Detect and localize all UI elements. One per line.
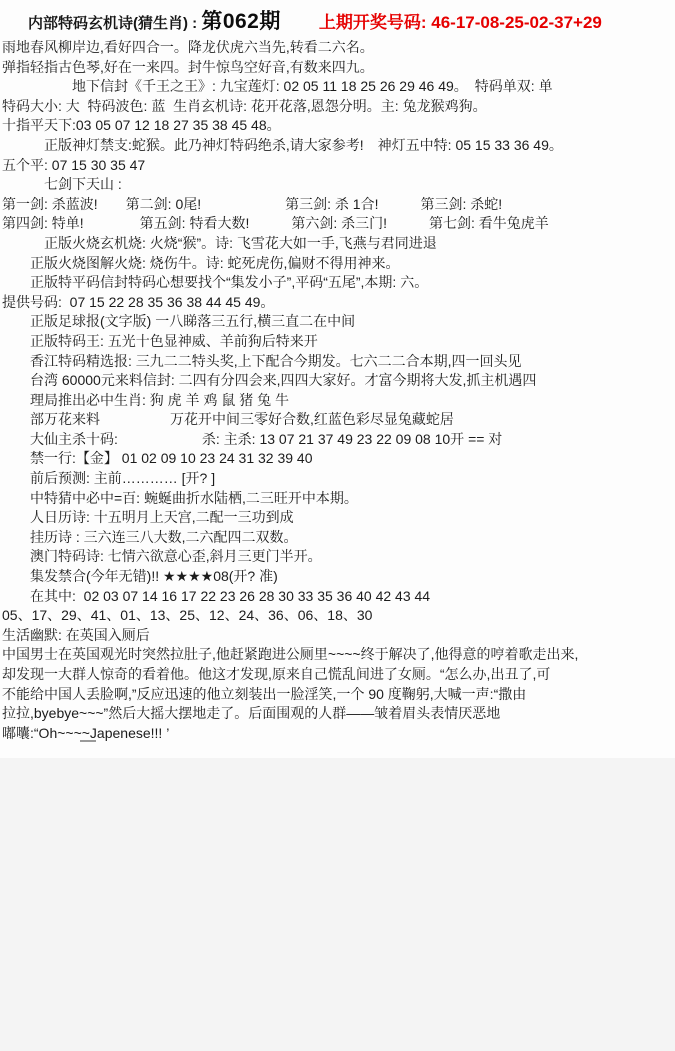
text-line: 部万花来料 万花开中间三零好合数,红蓝色彩尽显兔藏蛇居 (0, 410, 675, 430)
text-line: 提供号码: 07 15 22 28 35 36 38 44 45 49。 (0, 293, 675, 313)
page-header: 内部特码玄机诗(猜生肖) : 第062期 上期开奖号码: 46-17-08-25… (0, 0, 675, 37)
text-line: 拉拉,byebye~~~”然后大摇大摆地走了。后面围观的人群——皱着眉头表情厌恶… (0, 704, 675, 724)
text-line: 第四剑: 特单! 第五剑: 特看大数! 第六剑: 杀三门! 第七剑: 看牛兔虎羊 (0, 214, 675, 234)
text-line: 特码大小: 大 特码波色: 蓝 生肖玄机诗: 花开花落,恩怨分明。主: 兔龙猴鸡… (0, 97, 675, 117)
text-line: 生活幽默: 在英国入厕后 (0, 626, 675, 646)
page-title: 内部特码玄机诗(猜生肖) : (28, 12, 201, 33)
last-draw-numbers: 上期开奖号码: 46-17-08-25-02-37+29 (319, 8, 602, 33)
text-line: 大仙主杀十码: 杀: 主杀: 13 07 21 37 49 23 22 09 0… (0, 430, 675, 450)
text-line: 正版火烧图解火烧: 烧伤牛。诗: 蛇死虎伤,偏财不得用神来。 (0, 254, 675, 274)
text-line: 雨地春风柳岸边,看好四合一。降龙伏虎六当先,转看二六名。 (0, 38, 675, 58)
text-line: 正版特平码信封特码心想要找个“集发小子”,平码“五尾”,本期: 六。 (0, 273, 675, 293)
text-line: 正版神灯禁支:蛇猴。此乃神灯特码绝杀,请大家参考! 神灯五中特: 05 15 3… (0, 136, 675, 156)
text-line: 澳门特码诗: 七情六欲意心歪,斜月三更门半开。 (0, 547, 675, 567)
text-line: 正版火烧玄机烧: 火烧“猴”。诗: 飞雪花大如一手,飞燕与君同进退 (0, 234, 675, 254)
text-line: 在其中: 02 03 07 14 16 17 22 23 26 28 30 33… (0, 587, 675, 607)
text-line: 香江特码精选报: 三九二二特头奖,上下配合今期发。七六二二合本期,四一回头见 (0, 352, 675, 372)
underline-artifact (80, 740, 96, 742)
text-line: 弹指轻指古色琴,好在一来四。封牛惊鸟空好音,有数来四九。 (0, 58, 675, 78)
text-line: 挂历诗 : 三六连三八大数,二六配四二双数。 (0, 528, 675, 548)
text-line: 第一剑: 杀蓝波! 第二剑: 0尾! 第三剑: 杀 1合! 第三剑: 杀蛇! (0, 195, 675, 215)
issue-number: 第062期 (201, 5, 281, 35)
blank-area (0, 758, 675, 1051)
text-line: 正版足球报(文字版) 一八睇落三五行,横三直二在中间 (0, 312, 675, 332)
text-line: 中国男士在英国观光时突然拉肚子,他赶紧跑进公厕里~~~~终于解决了,他得意的哼着… (0, 645, 675, 665)
text-line: 却发现一大群人惊奇的看着他。他这才发现,原来自己慌乱间进了女厕。“怎么办,出丑了… (0, 665, 675, 685)
text-line: 正版特码王: 五光十色显神威、羊前狗后特来开 (0, 332, 675, 352)
text-line: 嘟囔:“Oh~~~~Japenese!!! ’ (0, 724, 675, 744)
text-line: 台湾 60000元来料信封: 二四有分四会来,四四大家好。才富今期将大发,抓主机… (0, 371, 675, 391)
text-line: 五个平: 07 15 30 35 47 (0, 156, 675, 176)
text-line: 不能给中国人丢脸啊,”反应迅速的他立刻装出一脸淫笑,一个 90 度鞠躬,大喊一声… (0, 685, 675, 705)
text-line: 禁一行:【金】 01 02 09 10 23 24 31 32 39 40 (0, 449, 675, 469)
text-line: 前后预测: 主前………… [开? ] (0, 469, 675, 489)
text-line: 中特猜中必中=百: 蜿蜒曲折水陆栖,二三旺开中本期。 (0, 489, 675, 509)
text-line: 人日历诗: 十五明月上天宫,二配一三功到成 (0, 508, 675, 528)
text-line: 05、17、29、41、01、13、25、12、24、36、06、18、30 (0, 606, 675, 626)
text-line: 七剑下天山 : (0, 175, 675, 195)
text-line: 集发禁合(今年无错)!! ★★★★08(开? 准) (0, 567, 675, 587)
text-line: 十指平天下:03 05 07 12 18 27 35 38 45 48。 (0, 116, 675, 136)
document-lines: 雨地春风柳岸边,看好四合一。降龙伏虎六当先,转看二六名。弹指轻指古色琴,好在一来… (0, 37, 675, 743)
tip-sheet-page: 内部特码玄机诗(猜生肖) : 第062期 上期开奖号码: 46-17-08-25… (0, 0, 675, 1051)
text-line: 地下信封《千王之王》: 九宝莲灯: 02 05 11 18 25 26 29 4… (0, 77, 675, 97)
text-line: 理局推出必中生肖: 狗 虎 羊 鸡 鼠 猪 兔 牛 (0, 391, 675, 411)
